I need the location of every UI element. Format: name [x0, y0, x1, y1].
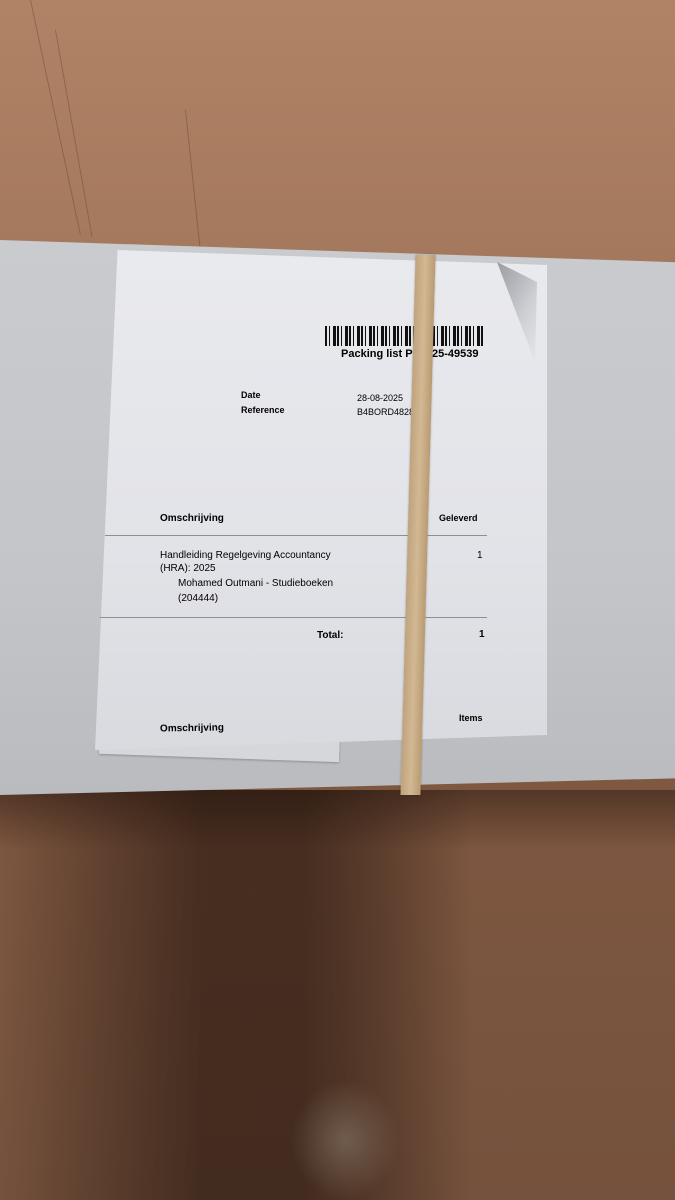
date-value: 28-08-2025 [357, 392, 403, 405]
reference-value: B4BORD4828 [357, 406, 414, 419]
reference-label: Reference [241, 404, 285, 417]
packing-list-title: Packing list P2 [341, 348, 419, 361]
table-glare [290, 1080, 400, 1200]
packing-list-number: 25-49539 [432, 348, 479, 361]
barcode-icon [325, 326, 483, 346]
item-supplier-id: (204444) [178, 592, 218, 605]
total-label: Total: [317, 629, 343, 642]
column-header-delivered: Geleverd [439, 512, 478, 525]
item-title-cont: (HRA): 2025 [160, 562, 216, 575]
date-label: Date [241, 389, 261, 402]
item-delivered-qty: 1 [477, 549, 483, 562]
total-value: 1 [479, 628, 485, 641]
item-title: Handleiding Regelgeving Accountancy [160, 549, 331, 562]
next-section-description: Omschrijving [160, 721, 224, 735]
column-header-description: Omschrijving [160, 512, 224, 525]
packing-list-sheet [95, 250, 547, 750]
item-supplier: Mohamed Outmani - Studieboeken [178, 577, 333, 590]
header-divider [105, 535, 487, 536]
next-section-items: Items [459, 712, 483, 725]
total-divider [100, 617, 487, 618]
